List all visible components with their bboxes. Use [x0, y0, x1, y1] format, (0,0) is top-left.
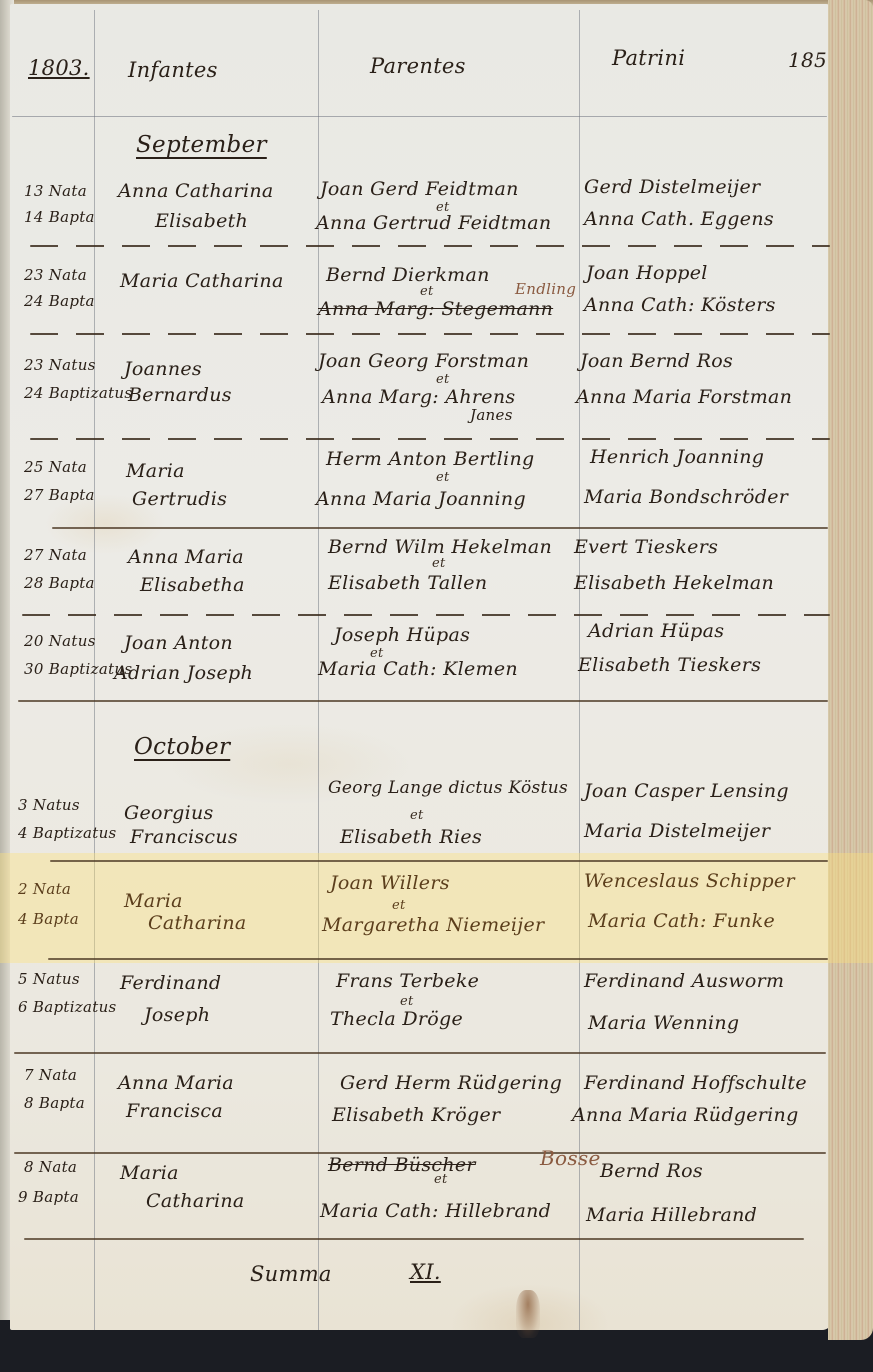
scanned-register-page: 1803. Infantes Parentes Patrini 185 Sept…	[0, 0, 873, 1372]
father-name: Frans Terbeke	[336, 970, 479, 992]
godmother-name: Elisabeth Hekelman	[574, 572, 774, 594]
infant-name-line2: Catharina	[146, 1190, 245, 1212]
mother-name: Thecla Dröge	[330, 1008, 463, 1030]
father-name: Herm Anton Bertling	[326, 448, 534, 470]
mother-name: Maria Cath: Klemen	[318, 658, 518, 680]
infant-name-line2: Joseph	[144, 1004, 210, 1026]
godfather-name: Wenceslaus Schipper	[584, 870, 795, 892]
birth-date: 25 Nata	[24, 458, 87, 476]
page-number: 185	[788, 48, 827, 72]
infant-name-line2: Gertrudis	[132, 488, 227, 510]
birth-date: 8 Nata	[24, 1158, 77, 1176]
infant-name-line1: Joannes	[124, 358, 202, 380]
entry-separator	[30, 333, 830, 335]
et-conjunction: et	[436, 470, 450, 485]
birth-date: 20 Natus	[24, 632, 96, 650]
summa-value: XI.	[410, 1260, 441, 1284]
mother-name-correction: Janes	[470, 406, 513, 424]
infant-name-line2: Elisabetha	[140, 574, 245, 596]
infant-name-line1: Maria	[126, 460, 185, 482]
godmother-name: Maria Wenning	[588, 1012, 739, 1034]
baptism-date: 14 Bapta	[24, 208, 95, 226]
godfather-name: Henrich Joanning	[590, 446, 764, 468]
infant-name-line1: Maria	[124, 890, 183, 912]
infant-name-line1: Georgius	[124, 802, 214, 824]
infant-name-line1: Ferdinand	[120, 972, 221, 994]
godfather-name: Joan Hoppel	[586, 262, 708, 284]
birth-date: 5 Natus	[18, 970, 80, 988]
baptism-date: 4 Baptizatus	[18, 824, 117, 842]
godfather-name: Joan Bernd Ros	[580, 350, 733, 372]
baptism-date: 24 Bapta	[24, 292, 95, 310]
entry-separator	[24, 1238, 804, 1240]
baptism-date: 9 Bapta	[18, 1188, 79, 1206]
godfather-name: Gerd Distelmeijer	[584, 176, 760, 198]
entry-separator	[48, 958, 828, 960]
godmother-name: Maria Distelmeijer	[584, 820, 770, 842]
mother-name: Elisabeth Ries	[340, 826, 482, 848]
father-name: Joan Willers	[330, 872, 450, 894]
baptism-date: 27 Bapta	[24, 486, 95, 504]
father-name: Gerd Herm Rüdgering	[340, 1072, 562, 1094]
baptism-date: 24 Baptizatus	[24, 384, 132, 402]
mother-name: Elisabeth Tallen	[328, 572, 487, 594]
ink-stain	[516, 1290, 540, 1338]
birth-date: 23 Natus	[24, 356, 96, 374]
et-conjunction: et	[392, 898, 406, 913]
infant-name-line1: Anna Catharina	[118, 180, 274, 202]
et-conjunction: et	[436, 372, 450, 387]
godmother-name: Anna Cath. Eggens	[584, 208, 774, 230]
entry-separator	[50, 860, 828, 862]
mother-name: Elisabeth Kröger	[332, 1104, 500, 1126]
father-name: Bernd Dierkman	[326, 264, 490, 286]
entry-separator	[18, 700, 828, 702]
infant-name-line2: Adrian Joseph	[114, 662, 253, 684]
godmother-name: Anna Maria Forstman	[576, 386, 792, 408]
infant-name-line2: Bernardus	[128, 384, 232, 406]
infant-name-line1: Anna Maria	[118, 1072, 234, 1094]
infant-name-line1: Maria	[120, 1162, 179, 1184]
month-heading-october: October	[134, 734, 230, 760]
infant-name-line2: Catharina	[148, 912, 247, 934]
father-name-correction: Bosse	[540, 1146, 601, 1170]
birth-date: 23 Nata	[24, 266, 87, 284]
father-name: Joan Gerd Feidtman	[320, 178, 519, 200]
godfather-name: Ferdinand Hoffschulte	[584, 1072, 807, 1094]
father-name: Bernd Büscher	[328, 1154, 476, 1176]
et-conjunction: et	[400, 994, 414, 1009]
mother-name-struck: Anna Marg: Stegemann	[318, 298, 553, 320]
mother-name: Anna Gertrud Feidtman	[316, 212, 551, 234]
godmother-name: Maria Cath: Funke	[588, 910, 775, 932]
father-name: Joseph Hüpas	[334, 624, 470, 646]
godmother-name: Maria Bondschröder	[584, 486, 788, 508]
godfather-name: Adrian Hüpas	[588, 620, 724, 642]
year-header: 1803.	[28, 56, 90, 80]
infant-name-line1: Maria Catharina	[120, 270, 284, 292]
infant-name-line2: Francisca	[126, 1100, 223, 1122]
birth-date: 13 Nata	[24, 182, 87, 200]
entry-separator	[22, 614, 830, 616]
header-rule	[12, 116, 827, 117]
godmother-name: Elisabeth Tieskers	[578, 654, 761, 676]
mother-name: Margaretha Niemeijer	[322, 914, 544, 936]
mother-name: Maria Cath: Hillebrand	[320, 1200, 551, 1222]
et-conjunction: et	[434, 1172, 448, 1187]
mother-name-correction: Endling	[515, 280, 576, 298]
baptism-date: 8 Bapta	[24, 1094, 85, 1112]
birth-date: 7 Nata	[24, 1066, 77, 1084]
parentes-header: Parentes	[370, 54, 466, 78]
entry-separator	[30, 245, 830, 247]
birth-date: 3 Natus	[18, 796, 80, 814]
godmother-name: Anna Maria Rüdgering	[572, 1104, 799, 1126]
book-page-edges	[828, 0, 873, 1340]
infant-name-line1: Joan Anton	[124, 632, 233, 654]
father-name: Joan Georg Forstman	[318, 350, 529, 372]
baptism-date: 4 Bapta	[18, 910, 79, 928]
et-conjunction: et	[432, 556, 446, 571]
et-conjunction: et	[410, 808, 424, 823]
godmother-name: Maria Hillebrand	[586, 1204, 757, 1226]
godfather-name: Joan Casper Lensing	[584, 780, 789, 802]
godmother-name: Anna Cath: Kösters	[584, 294, 776, 316]
et-conjunction: et	[420, 284, 434, 299]
baptism-date: 6 Baptizatus	[18, 998, 117, 1016]
month-heading-september: September	[136, 132, 267, 158]
infant-name-line1: Anna Maria	[128, 546, 244, 568]
godfather-name: Evert Tieskers	[574, 536, 718, 558]
entry-separator	[14, 1052, 826, 1054]
baptism-date: 28 Bapta	[24, 574, 95, 592]
infant-name-line2: Elisabeth	[155, 210, 248, 232]
father-name: Georg Lange dictus Köstus	[328, 778, 568, 798]
patrini-header: Patrini	[612, 46, 685, 70]
birth-date: 2 Nata	[18, 880, 71, 898]
infant-name-line2: Franciscus	[130, 826, 238, 848]
mother-name-struck: Anna Marg: Ahrens	[322, 386, 515, 408]
entry-separator	[30, 438, 830, 440]
entry-separator	[52, 527, 828, 529]
mother-name: Anna Maria Joanning	[316, 488, 526, 510]
godfather-name: Ferdinand Ausworm	[584, 970, 784, 992]
infantes-header: Infantes	[128, 58, 218, 82]
father-name: Bernd Wilm Hekelman	[328, 536, 552, 558]
birth-date: 27 Nata	[24, 546, 87, 564]
godfather-name: Bernd Ros	[600, 1160, 703, 1182]
summa-label: Summa	[250, 1262, 332, 1286]
